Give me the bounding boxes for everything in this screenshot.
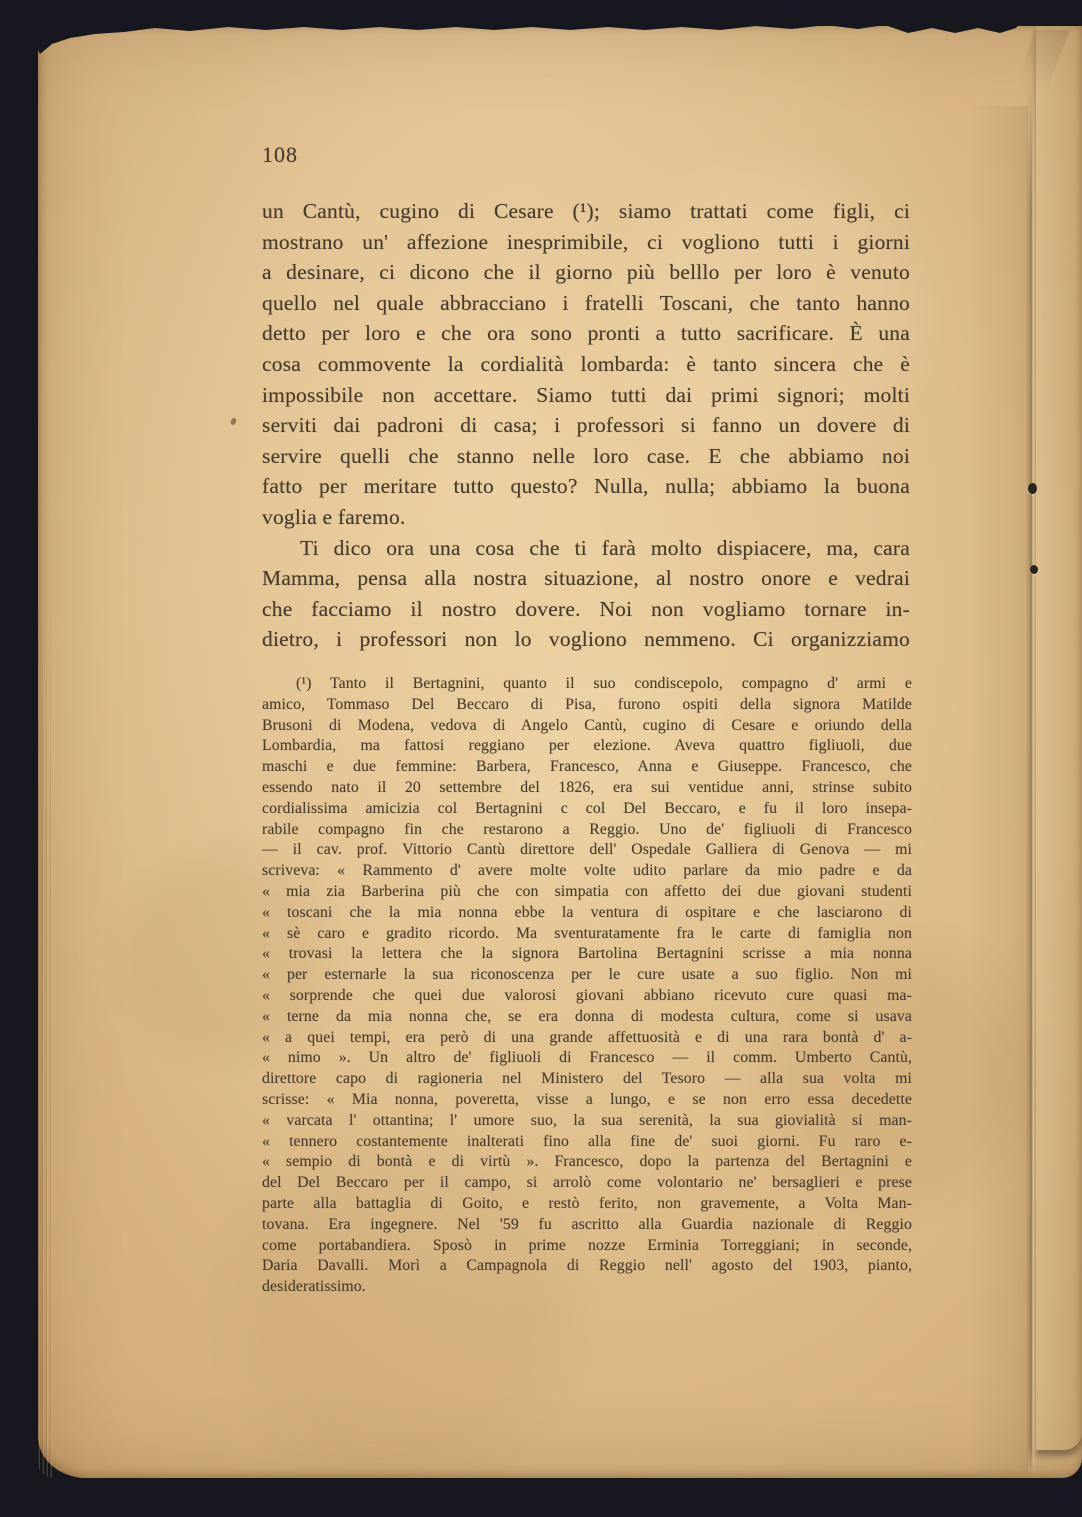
text-line: detto per loro e che ora sono pronti a t… [262, 318, 910, 349]
text-line: direttore capo di ragioneria nel Ministe… [262, 1069, 912, 1090]
page-fold-crease [1026, 86, 1036, 1474]
text-line: scrisse: « Mia nonna, poveretta, visse a… [262, 1090, 912, 1111]
text-line: del Del Beccaro per il campo, si arrolò … [262, 1173, 912, 1194]
text-line: cosa commovente la cordialità lombarda: … [262, 349, 910, 380]
text-line: serviti dai padroni di casa; i professor… [262, 410, 910, 441]
text-line: Brusoni di Modena, vedova di Angelo Cant… [262, 716, 912, 737]
text-line: « tennero costantemente inalterati fino … [262, 1132, 912, 1153]
text-line: « a quei tempi, era però di una grande a… [262, 1028, 912, 1049]
text-line: Mamma, pensa alla nostra situazione, al … [262, 563, 910, 594]
text-line: « sempio di bontà e di virtù ». Francesc… [262, 1152, 912, 1173]
text-line: cordialissima amicizia col Bertagnini c … [262, 799, 912, 820]
text-line: essendo nato il 20 settembre del 1826, e… [262, 778, 912, 799]
torn-paper-edge [0, 0, 1082, 64]
text-line: voglia e faremo. [262, 502, 910, 533]
text-line: fatto per meritare tutto questo? Nulla, … [262, 471, 910, 502]
text-line: « per esternarle la sua riconoscenza per… [262, 965, 912, 986]
text-line: « mia zia Barberina più che con simpatia… [262, 882, 912, 903]
text-line: dietro, i professori non lo vogliono nem… [262, 624, 910, 655]
text-line: « sè caro e gradito ricordo. Ma sventura… [262, 924, 912, 945]
text-line: — il cav. prof. Vittorio Cantù direttore… [262, 840, 912, 861]
text-line: « sorprende che quei due valorosi giovan… [262, 986, 912, 1007]
letter-body: un Cantù, cugino di Cesare (¹); siamo tr… [262, 196, 910, 655]
text-line: Lombardia, ma fattosi reggiano per elezi… [262, 736, 912, 757]
text-line: servire quelli che stanno nelle loro cas… [262, 441, 910, 472]
text-line: che facciamo il nostro dovere. Noi non v… [262, 594, 910, 625]
text-line: parte alla battaglia di Goito, e restò f… [262, 1194, 912, 1215]
scanned-book-photo: 108 un Cantù, cugino di Cesare (¹); siam… [0, 0, 1082, 1517]
ink-speck [230, 417, 238, 426]
text-line: « nimo ». Un altro de' figliuoli di Fran… [262, 1048, 912, 1069]
text-line: maschi e due femmine: Barbera, Francesco… [262, 757, 912, 778]
footnote: (¹) Tanto il Bertagnini, quanto il suo c… [262, 674, 912, 1298]
page-stack-edge [38, 598, 54, 1478]
text-line: impossibile non accettare. Siamo tutti d… [262, 380, 910, 411]
page-curve-shading [968, 106, 1028, 1474]
text-line: quello nel quale abbracciano i fratelli … [262, 288, 910, 319]
text-line: « terne da mia nonna che, se era donna d… [262, 1007, 912, 1028]
page-number: 108 [262, 142, 298, 168]
paragraph: un Cantù, cugino di Cesare (¹); siamo tr… [262, 196, 910, 533]
paragraph: (¹) Tanto il Bertagnini, quanto il suo c… [262, 674, 912, 1298]
book-page: 108 un Cantù, cugino di Cesare (¹); siam… [38, 26, 1082, 1478]
text-line: a desinare, ci dicono che il giorno più … [262, 257, 910, 288]
text-line: Daria Davalli. Morì a Campagnola di Regg… [262, 1256, 912, 1277]
text-line: « toscani che la mia nonna ebbe la ventu… [262, 903, 912, 924]
binding-hole-bottom [1030, 565, 1038, 574]
text-line: come portabandiera. Sposò in prime nozze… [262, 1236, 912, 1257]
text-line: mostrano un' affezione inesprimibile, ci… [262, 227, 910, 258]
adjacent-page-edge [1036, 26, 1082, 1450]
text-line: « trovasi la lettera che la signora Bart… [262, 944, 912, 965]
text-line: « varcata l' ottantina; l' umore suo, la… [262, 1111, 912, 1132]
binding-hole-top [1028, 483, 1037, 494]
text-line: amico, Tommaso Del Beccaro di Pisa, furo… [262, 695, 912, 716]
text-line: (¹) Tanto il Bertagnini, quanto il suo c… [262, 674, 912, 695]
text-line: un Cantù, cugino di Cesare (¹); siamo tr… [262, 196, 910, 227]
text-line: desideratissimo. [262, 1277, 912, 1298]
paragraph: Ti dico ora una cosa che ti farà molto d… [262, 533, 910, 655]
text-line: Ti dico ora una cosa che ti farà molto d… [262, 533, 910, 564]
text-line: scriveva: « Rammento d' avere molte volt… [262, 861, 912, 882]
text-line: rabile compagno fin che restarono a Regg… [262, 820, 912, 841]
text-line: tovana. Era ingegnere. Nel '59 fu ascrit… [262, 1215, 912, 1236]
